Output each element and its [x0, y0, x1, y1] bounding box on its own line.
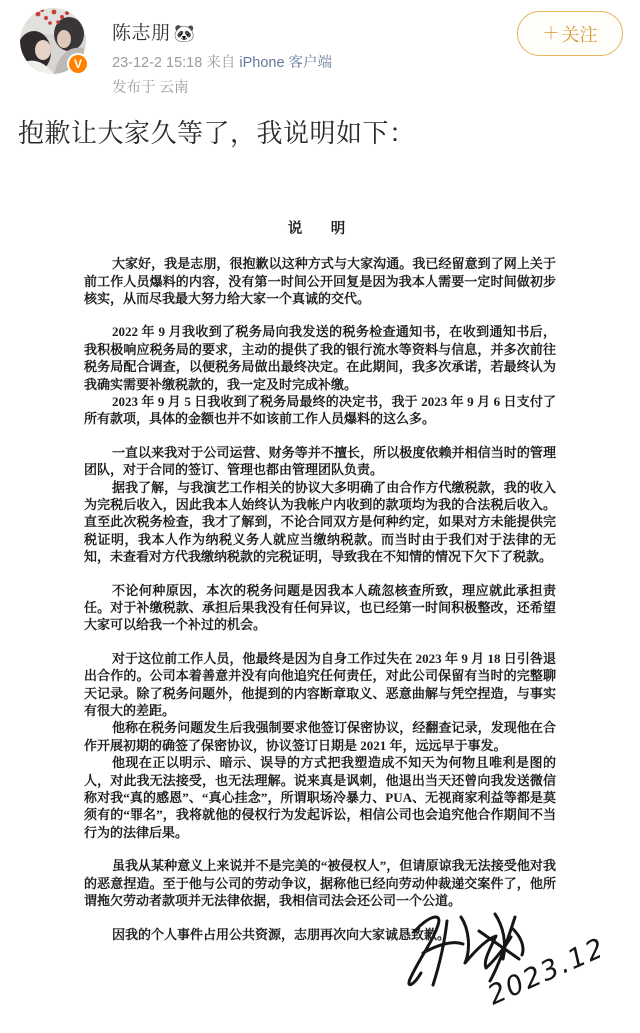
- document-paragraph: 不论何种原因，本次的税务问题是因我本人疏忽核查所致，理应就此承担责任。对于补缴税…: [84, 582, 556, 634]
- follow-button-label: 关注: [562, 21, 598, 47]
- document-paragraph: 大家好，我是志朋，很抱歉以这种方式与大家沟通。我已经留意到了网上关于前工作人员爆…: [84, 255, 556, 307]
- document-paragraph: 2023 年 9 月 5 日我收到了税务局最终的决定书，我于 2023 年 9 …: [84, 393, 556, 428]
- post-text: 抱歉让大家久等了，我说明如下：: [18, 116, 620, 151]
- post-header: V 陈志朋🐼 23-12-2 15:18 来自 iPhone 客户端 发布于 云…: [0, 0, 640, 100]
- document-paragraph: 据我了解，与我演艺工作相关的协议大多明确了由合作方代缴税款，我的收入为完税后收入…: [84, 479, 556, 566]
- document-paragraph: 他现在正以明示、暗示、误导的方式把我塑造成不知天为何物且唯利是图的人，对此我无法…: [84, 754, 556, 841]
- avatar[interactable]: V: [20, 8, 86, 74]
- document-paragraph: 2022 年 9 月我收到了税务局向我发送的税务检查通知书，在收到通知书后，我积…: [84, 323, 556, 393]
- plus-icon: ＋: [543, 25, 560, 42]
- location: 云南: [160, 80, 189, 96]
- document-paragraph: 一直以来我对于公司运营、财务等并不擅长，所以极度依赖并相信当时的管理团队，对于合…: [84, 444, 556, 479]
- panda-emoji: 🐼: [174, 24, 196, 43]
- weibo-post-page: V 陈志朋🐼 23-12-2 15:18 来自 iPhone 客户端 发布于 云…: [0, 0, 640, 1024]
- username[interactable]: 陈志朋: [112, 23, 171, 44]
- source-link[interactable]: iPhone 客户端: [239, 55, 332, 71]
- timestamp: 23-12-2 15:18: [112, 55, 202, 71]
- verified-badge-icon: V: [67, 53, 89, 75]
- document-title: 说 明: [84, 217, 556, 238]
- document-image[interactable]: 说 明 大家好，我是志朋，很抱歉以这种方式与大家沟通。我已经留意到了网上关于前工…: [0, 191, 640, 1024]
- document-paragraph: 对于这位前工作人员，他最终是因为自身工作过失在 2023 年 9 月 18 日引…: [84, 650, 556, 720]
- post-location: 发布于 云南: [112, 76, 620, 97]
- signature: 2023.12.02: [84, 899, 600, 1024]
- signature-scribble: 2023.12.02: [395, 899, 600, 1021]
- document-paragraphs: 大家好，我是志朋，很抱歉以这种方式与大家沟通。我已经留意到了网上关于前工作人员爆…: [84, 255, 556, 943]
- source-prefix: 来自: [206, 55, 235, 71]
- location-prefix: 发布于: [112, 80, 156, 96]
- follow-button[interactable]: ＋ 关注: [517, 11, 623, 56]
- document-paragraph: 他称在税务问题发生后我强制要求他签订保密协议，经翻查记录，发现他在合作开展初期的…: [84, 719, 556, 754]
